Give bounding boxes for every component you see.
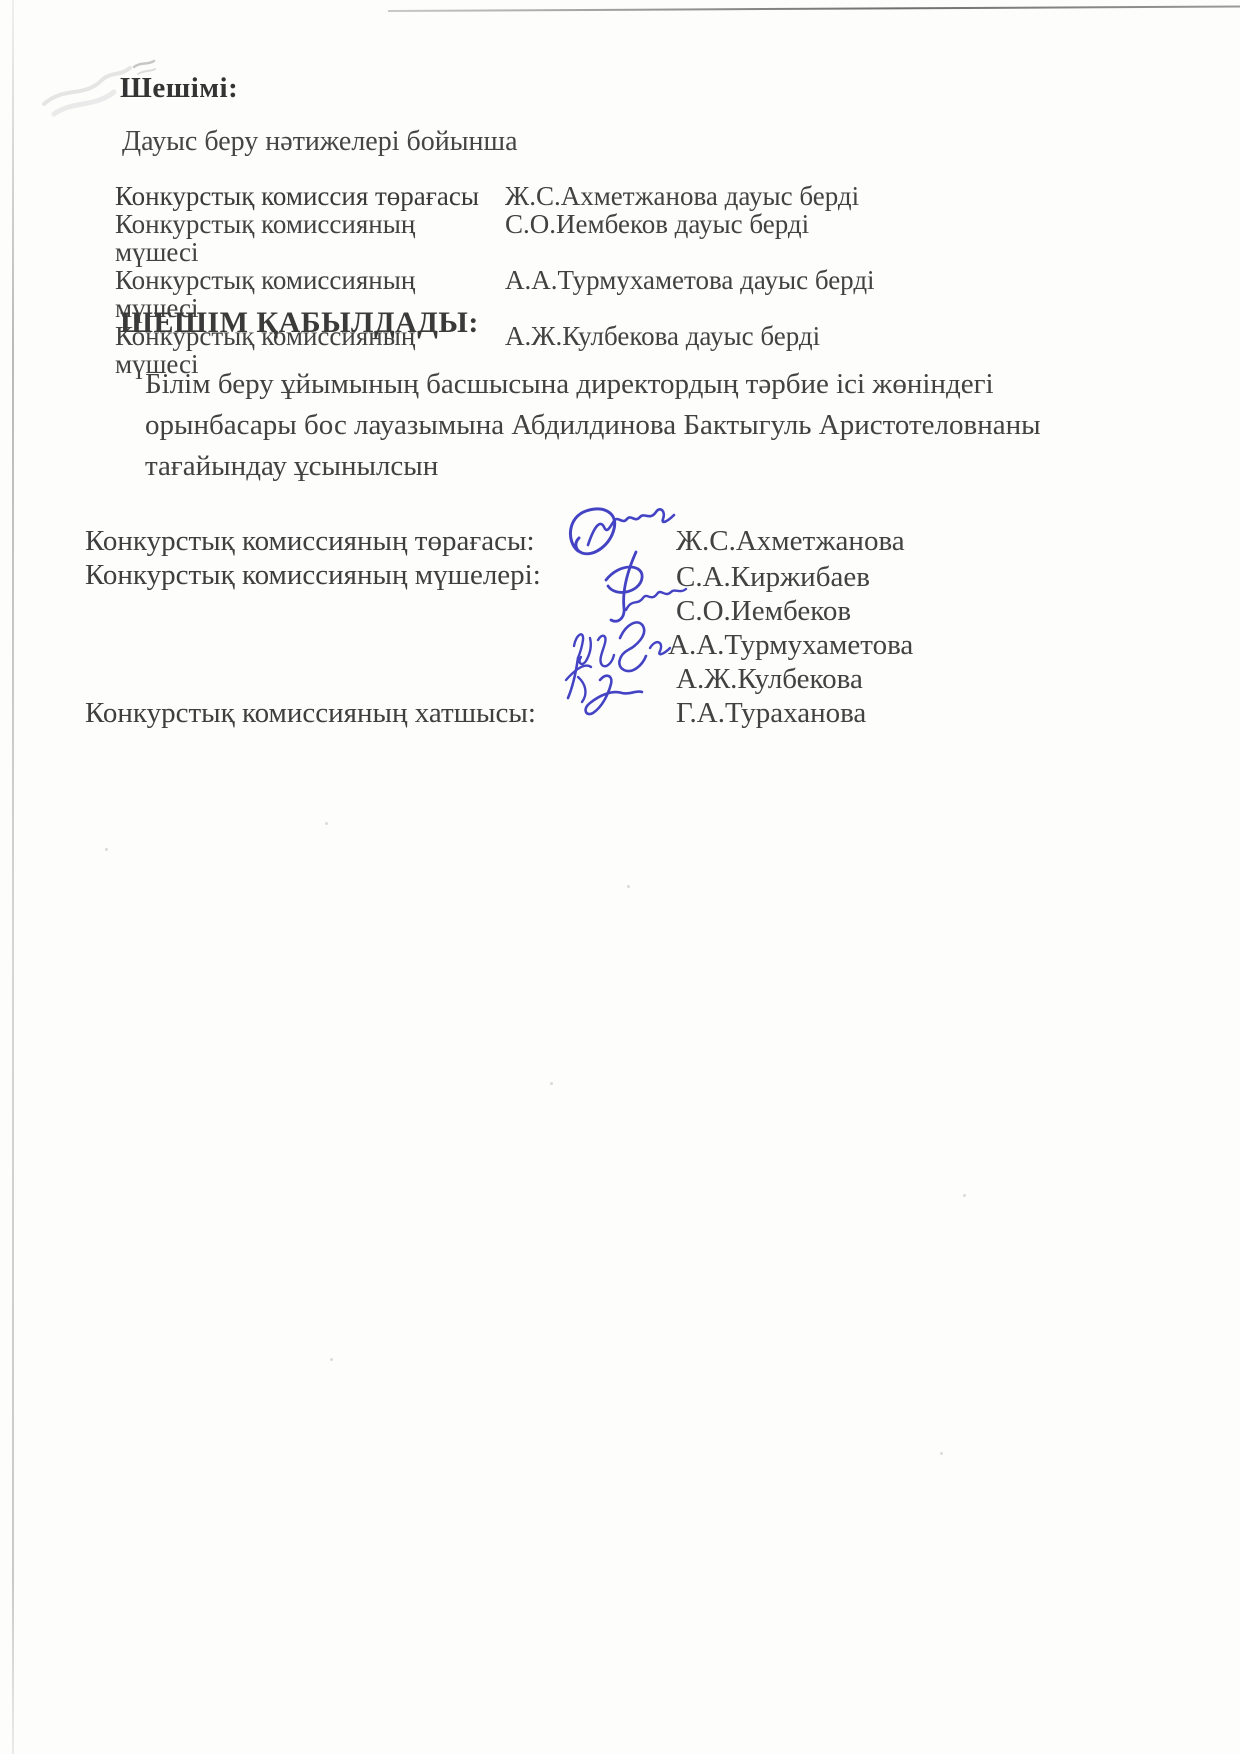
secretary-name: Г.А.Тураханова: [676, 697, 866, 730]
scan-speck: [940, 1452, 943, 1455]
secretary-label: Конкурстық комиссияның хатшысы:: [85, 697, 536, 730]
voting-role: Конкурстық комиссияның мүшесі: [115, 210, 505, 266]
member-signature-ink-kulbekova: [560, 650, 672, 722]
voting-results-table: Конкурстық комиссия төрағасы Ж.С.Ахметжа…: [115, 182, 875, 378]
scan-speck: [550, 1082, 553, 1085]
voting-role: Конкурстық комиссия төрағасы: [115, 182, 505, 210]
resolution-line: орынбасары бос лауазымына Абдилдинова Ба…: [145, 405, 1105, 446]
scan-speck: [105, 848, 108, 851]
voting-result: Ж.С.Ахметжанова дауыс берді: [505, 182, 875, 210]
scan-speck: [330, 1358, 333, 1361]
chairman-name: Ж.С.Ахметжанова: [676, 525, 905, 558]
voting-row: Конкурстық комиссияның мүшесі С.О.Иембек…: [115, 210, 875, 266]
scan-speck: [963, 1194, 966, 1197]
members-label: Конкурстық комиссияның мүшелері:: [85, 559, 541, 592]
voting-result: А.А.Турмухаметова дауыс берді: [505, 266, 875, 322]
scan-speck: [627, 885, 630, 888]
scanned-document-page: Шешімі: Дауыс беру нәтижелері бойынша Ко…: [0, 0, 1240, 1754]
resolution-body: Білім беру ұйымының басшысына директорды…: [145, 364, 1105, 487]
voting-row: Конкурстық комиссия төрағасы Ж.С.Ахметжа…: [115, 182, 875, 210]
chairman-label: Конкурстық комиссияның төрағасы:: [85, 525, 535, 558]
scan-speck: [325, 822, 328, 825]
member-name: А.А.Турмухаметова: [668, 629, 913, 662]
member-name: А.Ж.Кулбекова: [676, 663, 863, 696]
resolution-line: Білім беру ұйымының басшысына директорды…: [145, 364, 1105, 405]
scan-artifact-left-edge: [12, 0, 14, 1754]
resolution-heading: ШЕШІМ ҚАБЫЛДАДЫ:: [120, 306, 479, 340]
scan-artifact-top-line: [388, 6, 1240, 12]
resolution-line: тағайындау ұсынылсын: [145, 446, 1105, 487]
decision-title: Шешімі:: [120, 72, 238, 105]
decision-subtitle: Дауыс беру нәтижелері бойынша: [122, 126, 518, 158]
voting-result: С.О.Иембеков дауыс берді: [505, 210, 875, 266]
